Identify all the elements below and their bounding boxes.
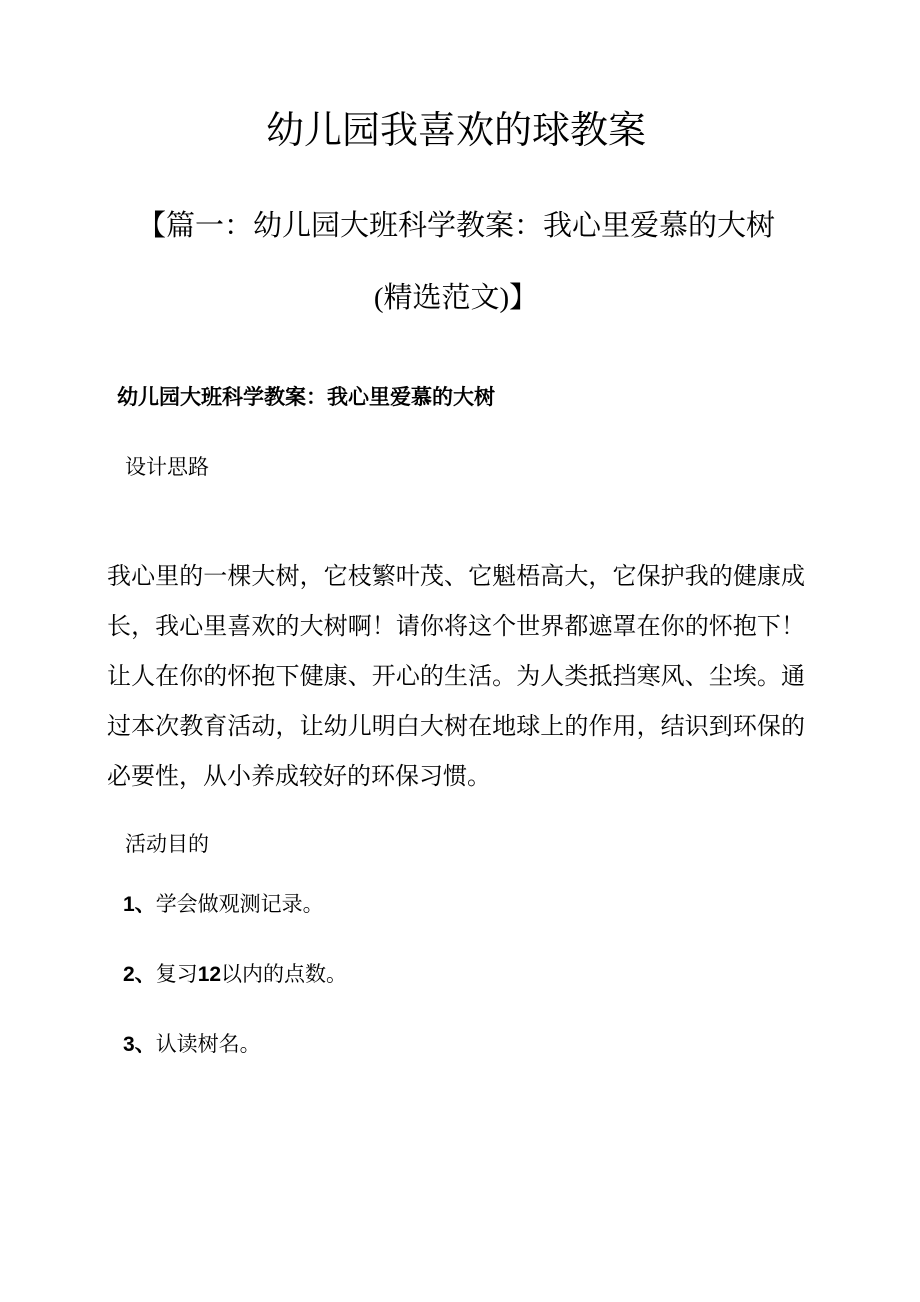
objectives-heading: 活动目的	[125, 830, 805, 860]
document-subtitle-line2: (精选范文)】	[107, 262, 805, 334]
objective-number: 2、	[123, 963, 156, 986]
document-page: 幼儿园我喜欢的球教案 【篇一：幼儿园大班科学教案：我心里爱慕的大树 (精选范文)…	[0, 0, 920, 1302]
design-heading: 设计思路	[125, 453, 805, 483]
objective-text-pre: 复习	[156, 963, 198, 986]
objective-item-1: 1、学会做观测记录。	[123, 890, 805, 920]
intro-paragraph: 我心里的一棵大树，它枝繁叶茂、它魁梧高大，它保护我的健康成长，我心里喜欢的大树啊…	[107, 552, 805, 802]
objective-text-post: 以内的点数。	[221, 963, 347, 986]
objective-item-3: 3、认读树名。	[123, 1030, 805, 1060]
document-subtitle: 【篇一：幼儿园大班科学教案：我心里爱慕的大树 (精选范文)】	[107, 190, 805, 334]
document-title: 幼儿园我喜欢的球教案	[107, 108, 805, 154]
objective-item-2: 2、复习12以内的点数。	[123, 960, 805, 990]
document-subtitle-line1: 【篇一：幼儿园大班科学教案：我心里爱慕的大树	[107, 190, 805, 262]
objective-text: 认读树名。	[156, 1033, 261, 1056]
objective-text: 学会做观测记录。	[156, 893, 324, 916]
objective-number: 3、	[123, 1033, 156, 1056]
objective-number: 1、	[123, 893, 156, 916]
section-heading: 幼儿园大班科学教案：我心里爱慕的大树	[117, 383, 805, 413]
objective-inline-number: 12	[198, 963, 221, 986]
